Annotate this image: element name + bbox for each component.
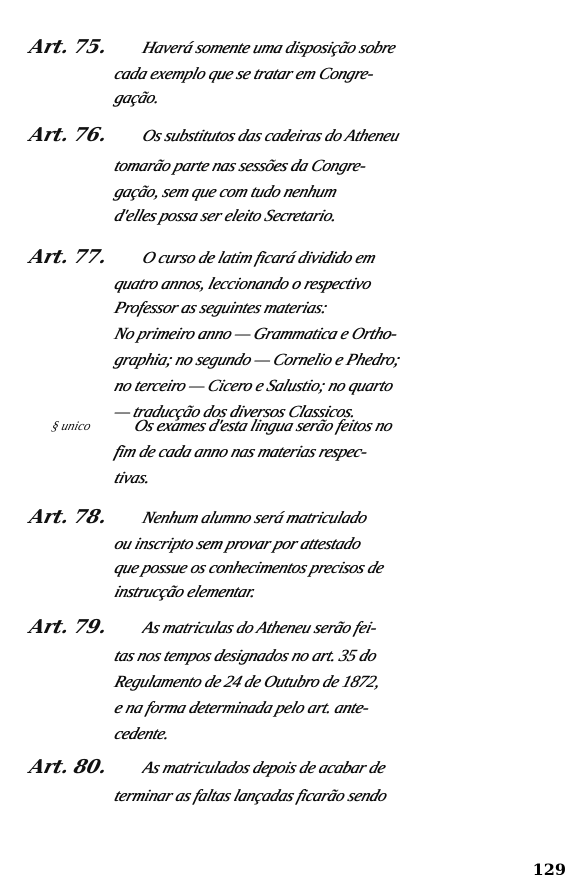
article-label: Art. 77. xyxy=(27,246,142,268)
article-line: terminar as faltas lançadas ficarão send… xyxy=(112,786,498,806)
article-line: As matriculados depois de acabar de xyxy=(140,758,526,778)
article-line: fim de cada anno nas materias respec- xyxy=(112,442,498,462)
article-line: Nenhum alumno será matriculado xyxy=(140,508,526,528)
article-line: Professor as seguintes materias: xyxy=(112,298,498,318)
page-number: 129 xyxy=(533,860,566,879)
article-line: graphia; no segundo — Cornelio e Phedro; xyxy=(112,350,498,370)
article-line: e na forma determinada pelo art. ante- xyxy=(112,698,498,718)
article-line: que possue os conhecimentos precisos de xyxy=(112,558,498,578)
margin-note: § unico xyxy=(50,418,93,434)
article-line: tivas. xyxy=(112,468,498,488)
article-line: instrucção elementar. xyxy=(112,582,498,602)
article-line: No primeiro anno — Grammatica e Ortho- xyxy=(112,324,498,344)
article-line: quatro annos, leccionando o respectivo xyxy=(112,274,498,294)
article-line: no terceiro — Cicero e Salustio; no quar… xyxy=(112,376,498,396)
article-line: Os substitutos das cadeiras do Atheneu xyxy=(140,126,526,146)
article-line: Haverá somente uma disposição sobre xyxy=(140,38,526,58)
article-line: tas nos tempos designados no art. 35 do xyxy=(112,646,498,666)
article-line: Os exames d'esta lingua serão feitos no xyxy=(132,416,518,436)
manuscript-page: Art. 75. Haverá somente uma disposição s… xyxy=(0,0,576,887)
article-label: Art. 78. xyxy=(27,506,142,528)
article-line: gação. xyxy=(112,88,498,108)
article-line: cedente. xyxy=(112,724,498,744)
article-line: As matriculas do Atheneu serão fei- xyxy=(140,618,526,638)
article-label: Art. 76. xyxy=(27,124,142,146)
article-line: O curso de latim ficará dividido em xyxy=(140,248,526,268)
article-line: ou inscripto sem provar por attestado xyxy=(112,534,498,554)
article-line: Regulamento de 24 de Outubro de 1872, xyxy=(112,672,498,692)
article-line: gação, sem que com tudo nenhum xyxy=(112,182,498,202)
article-line: tomarão parte nas sessões da Congre- xyxy=(112,156,498,176)
article-line: cada exemplo que se tratar em Congre- xyxy=(112,64,498,84)
article-line: d'elles possa ser eleito Secretario. xyxy=(112,206,498,226)
article-label: Art. 80. xyxy=(27,756,142,778)
article-label: Art. 79. xyxy=(27,616,142,638)
article-label: Art. 75. xyxy=(27,36,142,58)
